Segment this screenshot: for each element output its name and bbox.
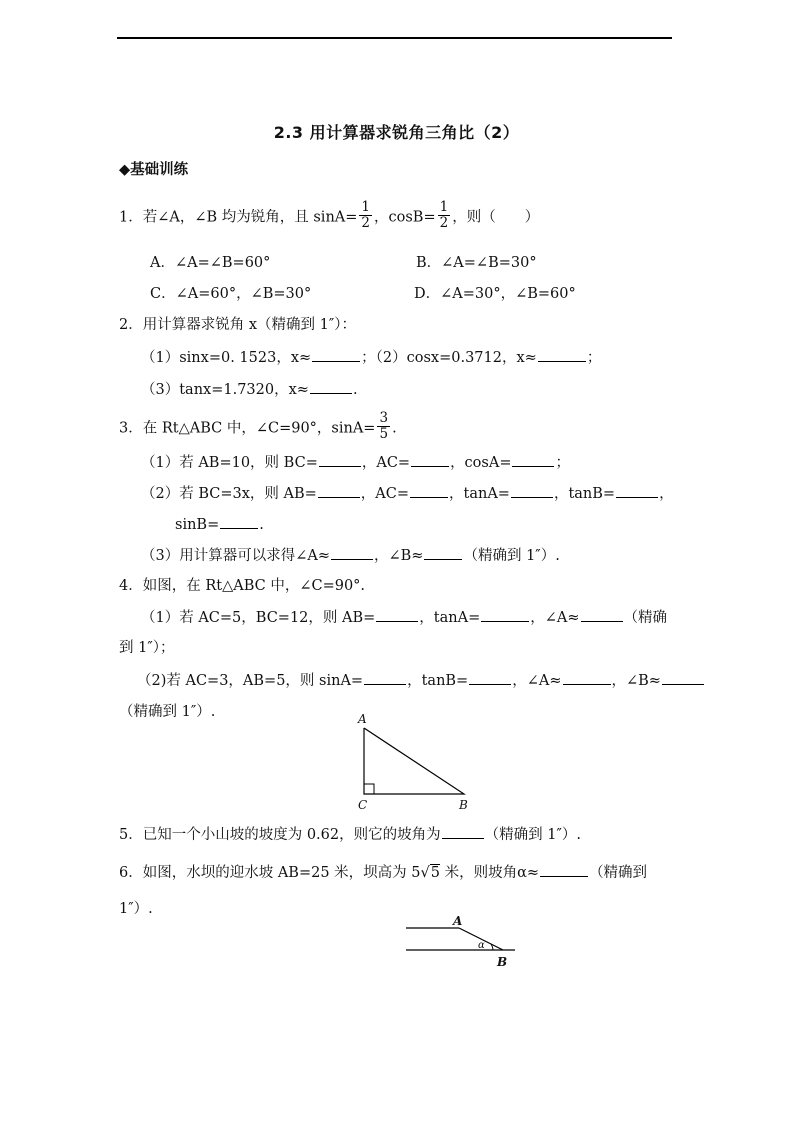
svg-text:A: A	[452, 914, 462, 928]
square-root: √5	[421, 863, 440, 883]
question-6: 6．如图，水坝的迎水坡 AB=25 米，坝高为 5√5 米，则坡角α≈（精确到	[119, 862, 647, 883]
svg-text:C: C	[358, 798, 367, 812]
answer-blank[interactable]	[442, 824, 484, 839]
question-6-cont: 1″）.	[119, 899, 153, 919]
svg-text:A: A	[357, 712, 367, 726]
answer-blank[interactable]	[540, 862, 588, 877]
svg-text:B: B	[496, 955, 507, 969]
svg-text:B: B	[458, 798, 468, 812]
right-triangle-figure: A C B A B α	[0, 0, 793, 1122]
svg-text:α: α	[478, 940, 485, 951]
question-5: 5．已知一个小山坡的坡度为 0.62，则它的坡角为（精确到 1″）.	[119, 824, 581, 845]
dam-slope-figure: A B α	[406, 914, 515, 969]
